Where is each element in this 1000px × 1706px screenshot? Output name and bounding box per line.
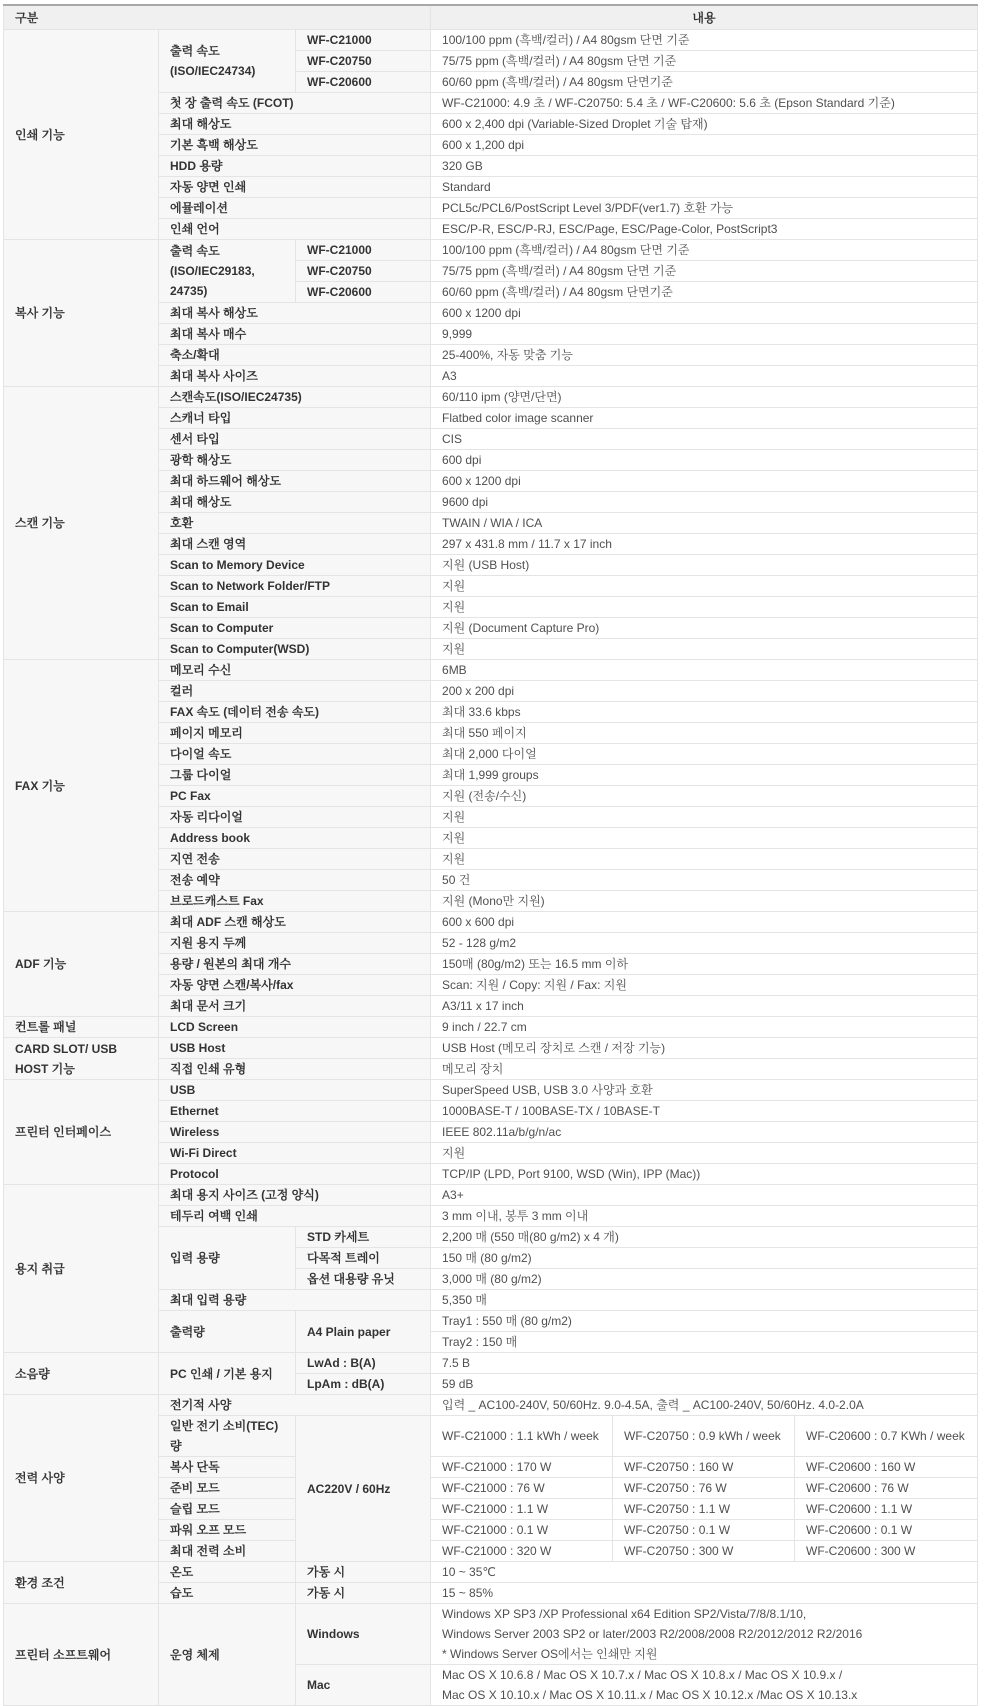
header-content: 내용 xyxy=(431,5,978,30)
table-row: 소음량PC 인쇄 / 기본 용지LwAd : B(A)7.5 B xyxy=(4,1353,978,1374)
label-cell: 입력 용량 xyxy=(159,1227,296,1290)
table-row: ADF 기능최대 ADF 스캔 해상도600 x 600 dpi xyxy=(4,912,978,933)
label-cell: 브로드캐스트 Fax xyxy=(159,891,431,912)
label-cell: 최대 복사 매수 xyxy=(159,324,431,345)
label-cell: STD 카세트 xyxy=(296,1227,431,1248)
value-cell: WF-C20600 : 0.7 KWh / week xyxy=(795,1416,978,1457)
label-cell: 복사 단독 xyxy=(159,1457,296,1478)
value-cell: 600 x 1200 dpi xyxy=(431,303,978,324)
value-cell: 600 x 1200 dpi xyxy=(431,471,978,492)
value-cell: 60/60 ppm (흑백/컬러) / A4 80gsm 단면기준 xyxy=(431,72,978,93)
label-cell: 다목적 트레이 xyxy=(296,1248,431,1269)
value-cell: Mac OS X 10.6.8 / Mac OS X 10.7.x / Mac … xyxy=(431,1665,978,1677)
value-cell: WF-C20600 : 160 W xyxy=(795,1457,978,1478)
section-category-cell: 컨트롤 패널 xyxy=(4,1017,159,1038)
table-row: 용지 취급최대 용지 사이즈 (고정 양식)A3+ xyxy=(4,1185,978,1206)
label-cell: 전기적 사양 xyxy=(159,1395,431,1416)
label-cell: WF-C21000 xyxy=(296,240,431,261)
value-cell: WF-C21000 : 1.1 W xyxy=(431,1499,613,1520)
value-cell: 100/100 ppm (흑백/컬러) / A4 80gsm 단면 기준 xyxy=(431,30,978,51)
value-cell: 10 ~ 35℃ xyxy=(431,1562,978,1583)
table-row: 환경 조건온도가동 시10 ~ 35℃ xyxy=(4,1562,978,1583)
label-cell: 직접 인쇄 유형 xyxy=(159,1059,431,1080)
value-cell: 6MB xyxy=(431,660,978,681)
value-cell: 5,350 매 xyxy=(431,1290,978,1311)
value-cell: Windows XP SP3 /XP Professional x64 Edit… xyxy=(431,1604,978,1665)
label-cell: 온도 xyxy=(159,1562,296,1583)
label-cell: Mac xyxy=(296,1665,431,1677)
value-cell: 52 - 128 g/m2 xyxy=(431,933,978,954)
value-cell: 25-400%, 자동 맞춤 기능 xyxy=(431,345,978,366)
label-cell: 최대 복사 해상도 xyxy=(159,303,431,324)
label-cell: LwAd : B(A) xyxy=(296,1353,431,1374)
value-cell: 150 매 (80 g/m2) xyxy=(431,1248,978,1269)
label-cell: 파워 오프 모드 xyxy=(159,1520,296,1541)
table-row: 프린터 인터페이스USBSuperSpeed USB, USB 3.0 사양과 … xyxy=(4,1080,978,1101)
section-category-cell: 복사 기능 xyxy=(4,240,159,387)
label-cell: 광학 해상도 xyxy=(159,450,431,471)
label-cell: Scan to Computer xyxy=(159,618,431,639)
value-cell: WF-C20750 : 160 W xyxy=(613,1457,795,1478)
value-cell: 지원 xyxy=(431,807,978,828)
label-cell: 최대 ADF 스캔 해상도 xyxy=(159,912,431,933)
table-row: 인쇄 기능출력 속도 (ISO/IEC24734)WF-C21000100/10… xyxy=(4,30,978,51)
value-cell: WF-C21000 : 1.1 kWh / week xyxy=(431,1416,613,1457)
value-cell: 메모리 장치 xyxy=(431,1059,978,1080)
label-cell: 일반 전기 소비(TEC) 량 xyxy=(159,1416,296,1457)
label-cell: 호환 xyxy=(159,513,431,534)
label-cell: 자동 리다이얼 xyxy=(159,807,431,828)
page: { "colors": { "table_top_border": "#a8a8… xyxy=(0,0,1000,1676)
value-cell: WF-C20600 : 76 W xyxy=(795,1478,978,1499)
label-cell: USB xyxy=(159,1080,431,1101)
label-cell: WF-C20600 xyxy=(296,72,431,93)
table-row: CARD SLOT/ USB HOST 기능USB HostUSB Host (… xyxy=(4,1038,978,1059)
value-cell: A3+ xyxy=(431,1185,978,1206)
value-cell: WF-C20750 : 300 W xyxy=(613,1541,795,1562)
value-cell: 최대 550 페이지 xyxy=(431,723,978,744)
label-cell: 컬러 xyxy=(159,681,431,702)
label-cell: WF-C20750 xyxy=(296,51,431,72)
section-category-cell: CARD SLOT/ USB HOST 기능 xyxy=(4,1038,159,1080)
label-cell: 다이얼 속도 xyxy=(159,744,431,765)
label-cell: 출력 속도 (ISO/IEC24734) xyxy=(159,30,296,93)
value-cell: WF-C21000 : 170 W xyxy=(431,1457,613,1478)
value-cell: WF-C20750 : 0.9 kWh / week xyxy=(613,1416,795,1457)
label-cell: 최대 문서 크기 xyxy=(159,996,431,1017)
label-cell: LCD Screen xyxy=(159,1017,431,1038)
label-cell: 에뮬레이션 xyxy=(159,198,431,219)
label-cell: 최대 해상도 xyxy=(159,114,431,135)
label-cell: 메모리 수신 xyxy=(159,660,431,681)
value-cell: WF-C20600 : 0.1 W xyxy=(795,1520,978,1541)
label-cell: 옵션 대용량 유닛 xyxy=(296,1269,431,1290)
value-cell: IEEE 802.11a/b/g/n/ac xyxy=(431,1122,978,1143)
value-cell: 9600 dpi xyxy=(431,492,978,513)
table-row: 복사 기능출력 속도 (ISO/IEC29183, 24735)WF-C2100… xyxy=(4,240,978,261)
label-cell: 스캐너 타입 xyxy=(159,408,431,429)
label-cell: 페이지 메모리 xyxy=(159,723,431,744)
section-category-cell: 소음량 xyxy=(4,1353,159,1395)
label-cell: 자동 양면 스캔/복사/fax xyxy=(159,975,431,996)
value-cell: 지원 (Mono만 지원) xyxy=(431,891,978,912)
value-cell: 지원 (전송/수신) xyxy=(431,786,978,807)
label-cell: WF-C21000 xyxy=(296,30,431,51)
value-cell: SuperSpeed USB, USB 3.0 사양과 호환 xyxy=(431,1080,978,1101)
label-cell: 축소/확대 xyxy=(159,345,431,366)
label-cell: Scan to Network Folder/FTP xyxy=(159,576,431,597)
label-cell: PC Fax xyxy=(159,786,431,807)
value-cell: ESC/P-R, ESC/P-RJ, ESC/Page, ESC/Page-Co… xyxy=(431,219,978,240)
value-cell: 9,999 xyxy=(431,324,978,345)
spec-table: 구분 내용 인쇄 기능출력 속도 (ISO/IEC24734)WF-C21000… xyxy=(3,4,978,1676)
value-cell: 지원 xyxy=(431,576,978,597)
label-cell: 스캔속도(ISO/IEC24735) xyxy=(159,387,431,408)
label-cell: 출력량 xyxy=(159,1311,296,1353)
value-cell: 75/75 ppm (흑백/컬러) / A4 80gsm 단면 기준 xyxy=(431,261,978,282)
label-cell: 출력 속도 (ISO/IEC29183, 24735) xyxy=(159,240,296,303)
table-row: 프린터 소프트웨어운영 체제WindowsWindows XP SP3 /XP … xyxy=(4,1604,978,1665)
label-cell: FAX 속도 (데이터 전송 속도) xyxy=(159,702,431,723)
label-cell: 자동 양면 인쇄 xyxy=(159,177,431,198)
label-cell: Ethernet xyxy=(159,1101,431,1122)
table-row: FAX 기능메모리 수신6MB xyxy=(4,660,978,681)
label-cell: 준비 모드 xyxy=(159,1478,296,1499)
label-cell: Scan to Computer(WSD) xyxy=(159,639,431,660)
label-cell: 그룹 다이얼 xyxy=(159,765,431,786)
section-category-cell: 프린터 인터페이스 xyxy=(4,1080,159,1185)
value-cell: PCL5c/PCL6/PostScript Level 3/PDF(ver1.7… xyxy=(431,198,978,219)
label-cell: HDD 용량 xyxy=(159,156,431,177)
label-cell: 가동 시 xyxy=(296,1562,431,1583)
label-cell: 최대 하드웨어 해상도 xyxy=(159,471,431,492)
value-cell: 100/100 ppm (흑백/컬러) / A4 80gsm 단면 기준 xyxy=(431,240,978,261)
value-cell: 지원 xyxy=(431,1143,978,1164)
value-cell: 3 mm 이내, 봉투 3 mm 이내 xyxy=(431,1206,978,1227)
value-cell: WF-C20750 : 0.1 W xyxy=(613,1520,795,1541)
value-cell: 3,000 매 (80 g/m2) xyxy=(431,1269,978,1290)
table-row: 컨트롤 패널LCD Screen9 inch / 22.7 cm xyxy=(4,1017,978,1038)
value-cell: 지원 xyxy=(431,849,978,870)
label-cell: 테두리 여백 인쇄 xyxy=(159,1206,431,1227)
label-cell: 지원 용지 두께 xyxy=(159,933,431,954)
value-cell: 1000BASE-T / 100BASE-TX / 10BASE-T xyxy=(431,1101,978,1122)
value-cell: 지원 xyxy=(431,639,978,660)
value-cell: 75/75 ppm (흑백/컬러) / A4 80gsm 단면 기준 xyxy=(431,51,978,72)
value-cell: WF-C21000 : 76 W xyxy=(431,1478,613,1499)
label-cell: Windows xyxy=(296,1604,431,1665)
label-cell: 기본 흑백 해상도 xyxy=(159,135,431,156)
value-cell: WF-C20600 : 300 W xyxy=(795,1541,978,1562)
section-category-cell: 인쇄 기능 xyxy=(4,30,159,240)
value-cell: USB Host (메모리 장치로 스캔 / 저장 기능) xyxy=(431,1038,978,1059)
value-cell: 50 건 xyxy=(431,870,978,891)
value-cell: 150매 (80g/m2) 또는 16.5 mm 이하 xyxy=(431,954,978,975)
table-row: 전력 사양전기적 사양입력 _ AC100-240V, 50/60Hz. 9.0… xyxy=(4,1395,978,1416)
value-cell: 지원 xyxy=(431,828,978,849)
value-cell: 200 x 200 dpi xyxy=(431,681,978,702)
section-category-cell: 스캔 기능 xyxy=(4,387,159,660)
value-cell: TCP/IP (LPD, Port 9100, WSD (Win), IPP (… xyxy=(431,1164,978,1185)
value-cell: 297 x 431.8 mm / 11.7 x 17 inch xyxy=(431,534,978,555)
label-cell: Protocol xyxy=(159,1164,431,1185)
label-cell: 최대 스캔 영역 xyxy=(159,534,431,555)
value-cell: 9 inch / 22.7 cm xyxy=(431,1017,978,1038)
value-cell: WF-C20750 : 1.1 W xyxy=(613,1499,795,1520)
label-cell: A4 Plain paper xyxy=(296,1311,431,1353)
label-cell: 가동 시 xyxy=(296,1583,431,1604)
spec-table-body: 인쇄 기능출력 속도 (ISO/IEC24734)WF-C21000100/10… xyxy=(4,30,978,1677)
label-cell: 최대 복사 사이즈 xyxy=(159,366,431,387)
label-cell: 센서 타입 xyxy=(159,429,431,450)
label-cell: 슬립 모드 xyxy=(159,1499,296,1520)
value-cell: WF-C20600 : 1.1 W xyxy=(795,1499,978,1520)
value-cell: Scan: 지원 / Copy: 지원 / Fax: 지원 xyxy=(431,975,978,996)
label-cell: 최대 전력 소비 xyxy=(159,1541,296,1562)
label-cell: 운영 체제 xyxy=(159,1604,296,1677)
value-cell: 입력 _ AC100-240V, 50/60Hz. 9.0-4.5A, 출력 _… xyxy=(431,1395,978,1416)
label-cell: 지연 전송 xyxy=(159,849,431,870)
value-cell: 최대 33.6 kbps xyxy=(431,702,978,723)
label-cell: USB Host xyxy=(159,1038,431,1059)
label-cell: Scan to Email xyxy=(159,597,431,618)
value-cell: Tray1 : 550 매 (80 g/m2) xyxy=(431,1311,978,1332)
value-cell: Flatbed color image scanner xyxy=(431,408,978,429)
label-cell: 용량 / 원본의 최대 개수 xyxy=(159,954,431,975)
label-cell: 전송 예약 xyxy=(159,870,431,891)
value-cell: Tray2 : 150 매 xyxy=(431,1332,978,1353)
label-cell: PC 인쇄 / 기본 용지 xyxy=(159,1353,296,1395)
label-cell: WF-C20750 xyxy=(296,261,431,282)
header-category: 구분 xyxy=(4,5,431,30)
value-cell: WF-C21000 : 0.1 W xyxy=(431,1520,613,1541)
section-category-cell: ADF 기능 xyxy=(4,912,159,1017)
value-cell: 7.5 B xyxy=(431,1353,978,1374)
value-cell: WF-C20750 : 76 W xyxy=(613,1478,795,1499)
label-cell: Wireless xyxy=(159,1122,431,1143)
value-cell: 60/110 ipm (양면/단면) xyxy=(431,387,978,408)
label-cell: WF-C20600 xyxy=(296,282,431,303)
label-cell: 습도 xyxy=(159,1583,296,1604)
section-category-cell: 용지 취급 xyxy=(4,1185,159,1353)
value-cell: 600 x 1,200 dpi xyxy=(431,135,978,156)
value-cell: 600 x 2,400 dpi (Variable-Sized Droplet … xyxy=(431,114,978,135)
header-row: 구분 내용 xyxy=(4,5,978,30)
section-category-cell: 프린터 소프트웨어 xyxy=(4,1604,159,1677)
value-cell: 600 x 600 dpi xyxy=(431,912,978,933)
value-cell: 지원 xyxy=(431,597,978,618)
table-row: 스캔 기능스캔속도(ISO/IEC24735)60/110 ipm (양면/단면… xyxy=(4,387,978,408)
label-cell: Address book xyxy=(159,828,431,849)
section-category-cell: 환경 조건 xyxy=(4,1562,159,1604)
value-cell: Standard xyxy=(431,177,978,198)
section-category-cell: 전력 사양 xyxy=(4,1395,159,1562)
label-cell: 최대 입력 용량 xyxy=(159,1290,431,1311)
label-cell: 첫 장 출력 속도 (FCOT) xyxy=(159,93,431,114)
value-cell: 600 dpi xyxy=(431,450,978,471)
label-cell: LpAm : dB(A) xyxy=(296,1374,431,1395)
value-cell: 2,200 매 (550 매(80 g/m2) x 4 개) xyxy=(431,1227,978,1248)
value-cell: A3/11 x 17 inch xyxy=(431,996,978,1017)
value-cell: 지원 (USB Host) xyxy=(431,555,978,576)
value-cell: 60/60 ppm (흑백/컬러) / A4 80gsm 단면기준 xyxy=(431,282,978,303)
value-cell: 15 ~ 85% xyxy=(431,1583,978,1604)
label-cell: 인쇄 언어 xyxy=(159,219,431,240)
label-cell: Scan to Memory Device xyxy=(159,555,431,576)
section-category-cell: FAX 기능 xyxy=(4,660,159,912)
value-cell: WF-C21000 : 320 W xyxy=(431,1541,613,1562)
value-cell: TWAIN / WIA / ICA xyxy=(431,513,978,534)
value-cell: 320 GB xyxy=(431,156,978,177)
value-cell: CIS xyxy=(431,429,978,450)
value-cell: 지원 (Document Capture Pro) xyxy=(431,618,978,639)
label-cell: 최대 해상도 xyxy=(159,492,431,513)
value-cell: A3 xyxy=(431,366,978,387)
label-cell: 최대 용지 사이즈 (고정 양식) xyxy=(159,1185,431,1206)
label-cell: Wi-Fi Direct xyxy=(159,1143,431,1164)
label-cell: AC220V / 60Hz xyxy=(296,1416,431,1562)
value-cell: 최대 1,999 groups xyxy=(431,765,978,786)
value-cell: 최대 2,000 다이얼 xyxy=(431,744,978,765)
value-cell: WF-C21000: 4.9 초 / WF-C20750: 5.4 초 / WF… xyxy=(431,93,978,114)
value-cell: 59 dB xyxy=(431,1374,978,1395)
